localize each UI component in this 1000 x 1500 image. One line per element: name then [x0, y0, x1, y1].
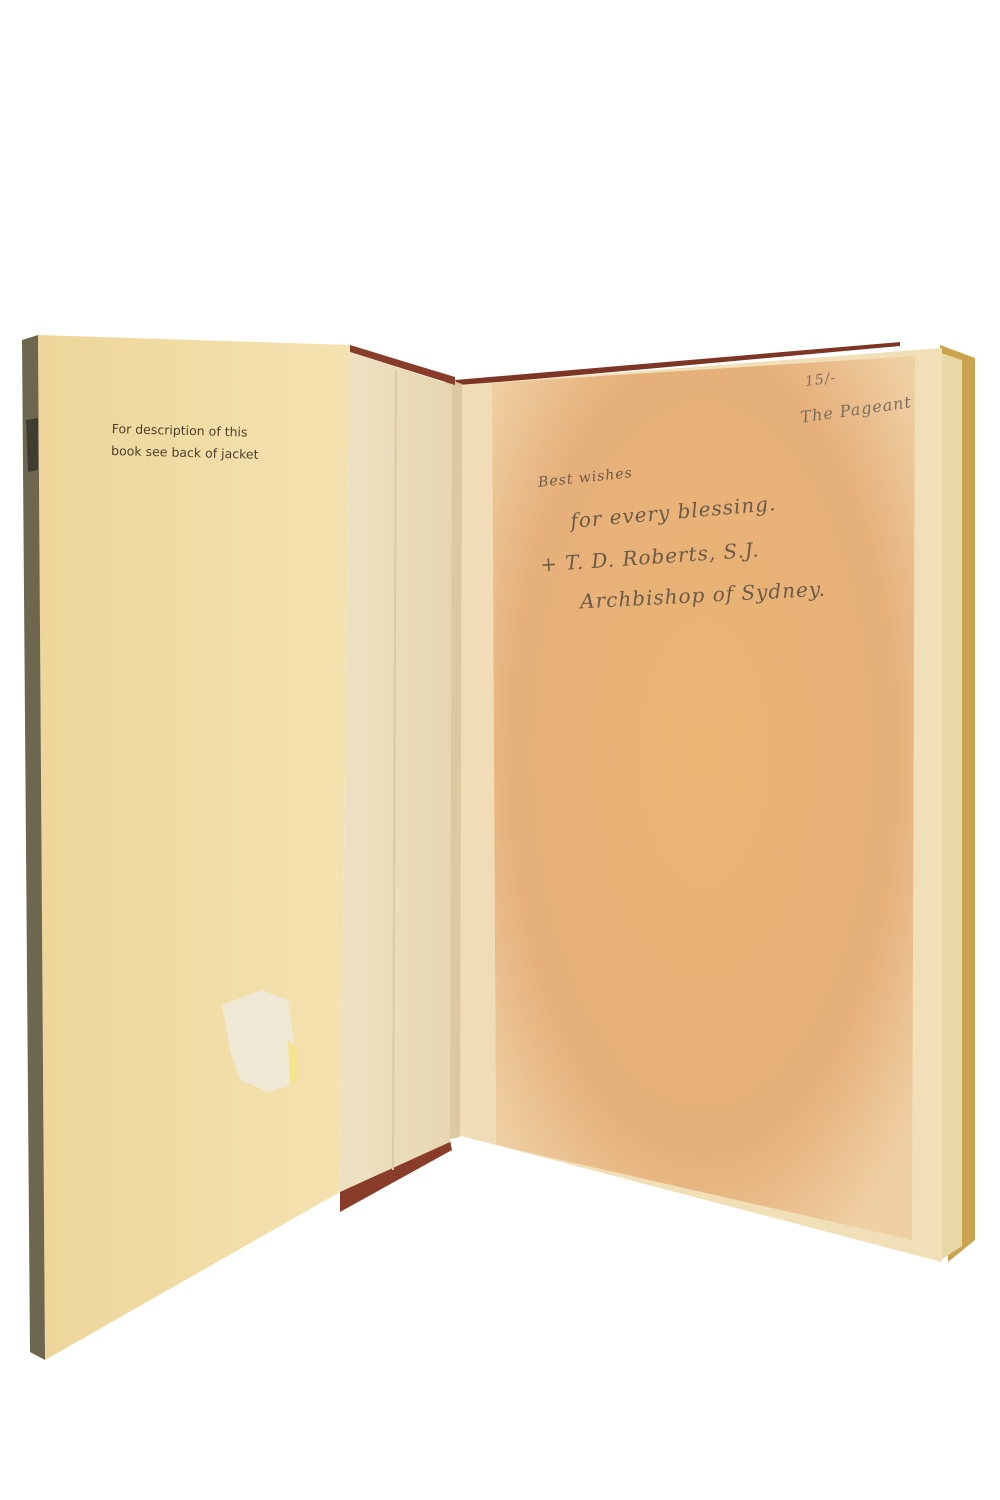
book-illustration — [0, 0, 1000, 1500]
jacket-flap — [38, 335, 350, 1360]
flap-note: For description of this book see back of… — [111, 418, 302, 467]
book-photo: For description of this book see back of… — [0, 0, 1000, 1500]
